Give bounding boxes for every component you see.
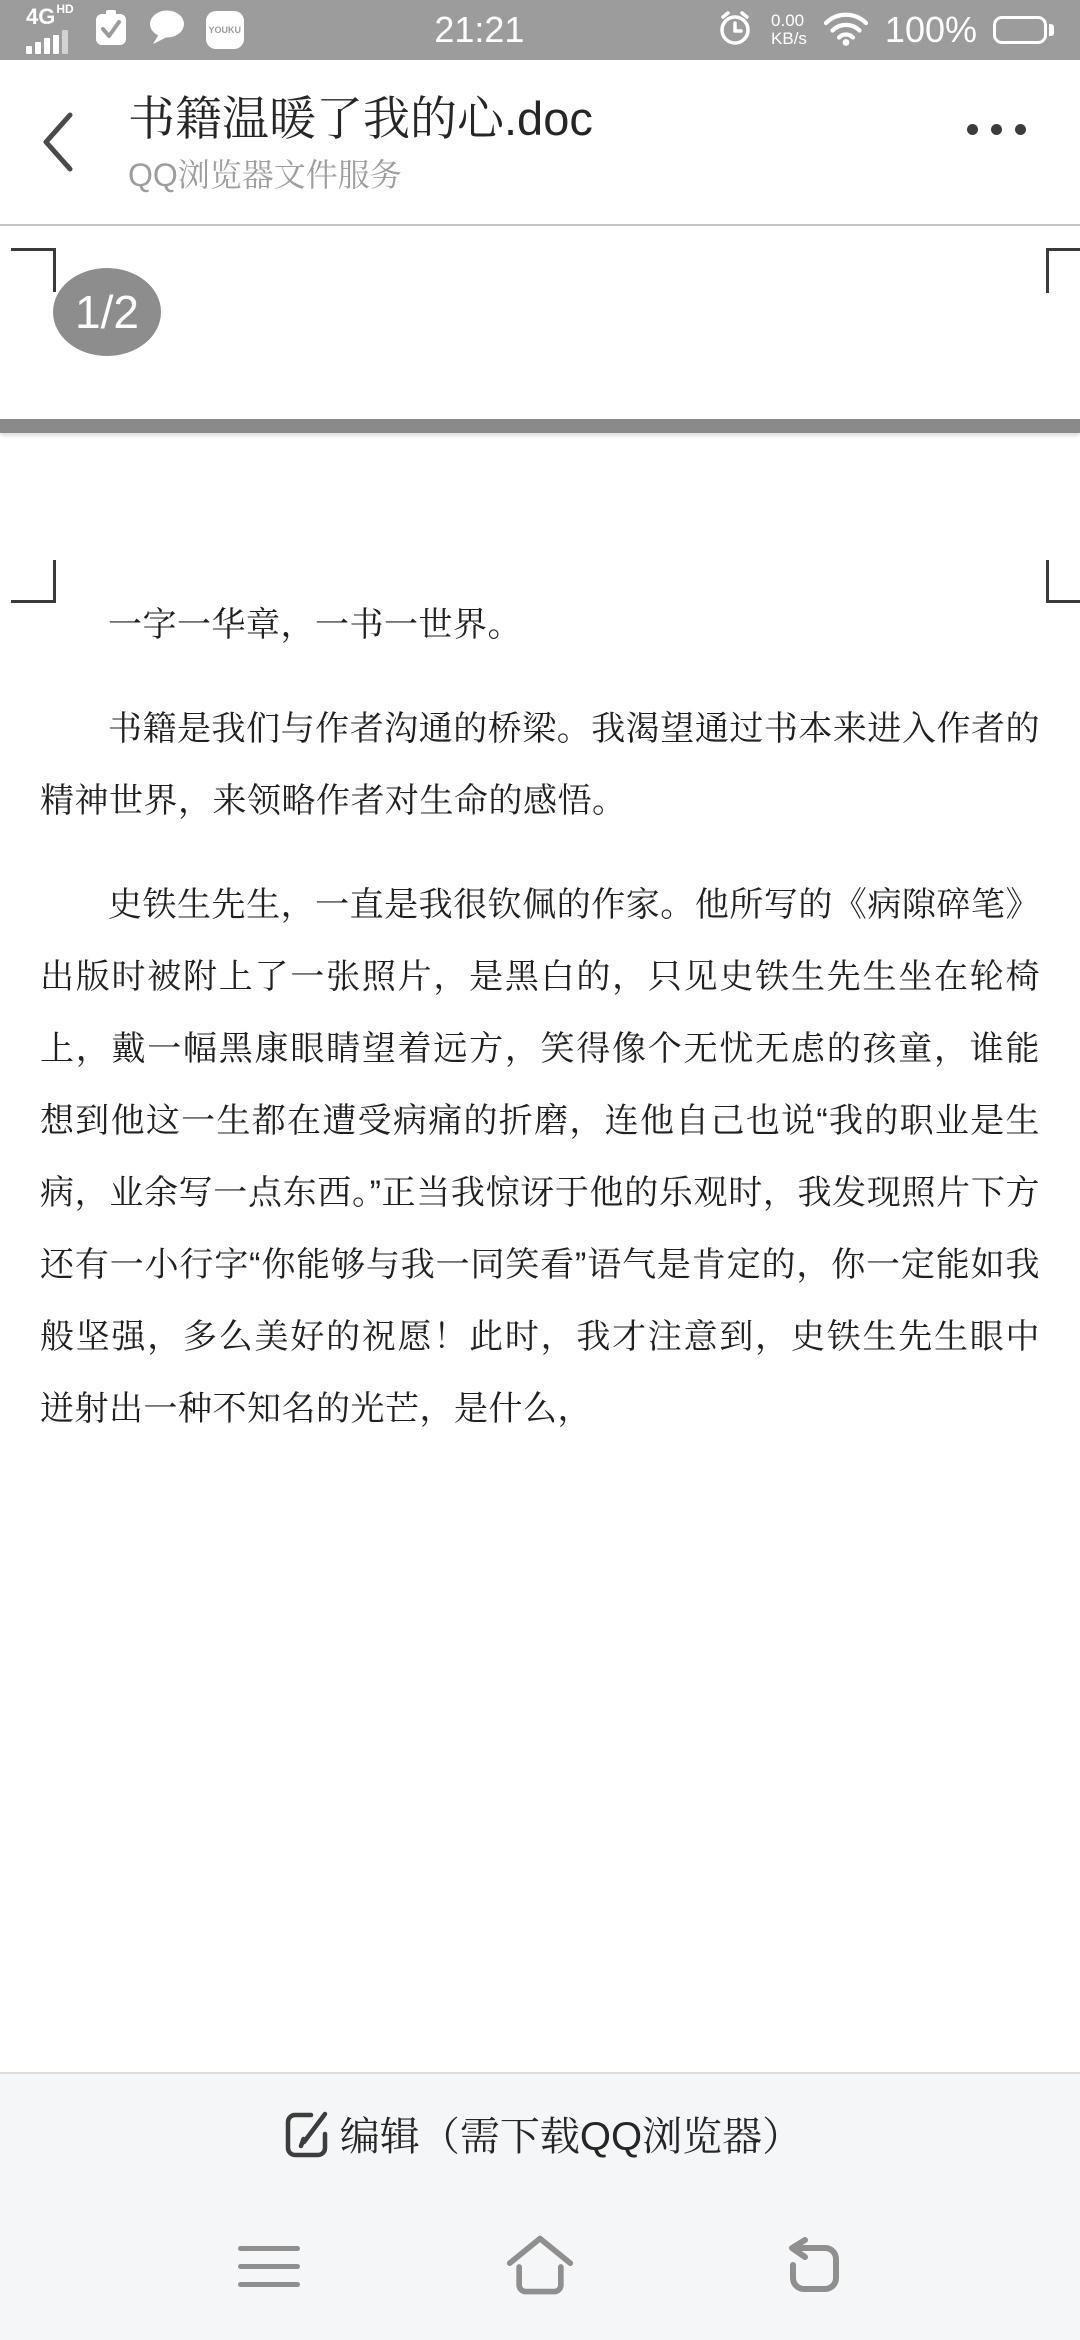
battery-icon xyxy=(993,16,1054,44)
document-paragraph: 书籍是我们与作者沟通的桥梁。我渴望通过书本来进入作者的精神世界，来领略作者对生命… xyxy=(40,693,1040,837)
bottom-section: 编辑（需下载QQ浏览器） xyxy=(0,2072,1080,2340)
edit-pencil-icon xyxy=(278,2104,332,2163)
edit-button[interactable]: 编辑（需下载QQ浏览器） xyxy=(0,2074,1080,2192)
more-options-button[interactable] xyxy=(961,104,1032,155)
page-corner-mark xyxy=(11,560,56,603)
cellular-signal-icon: 4G HD xyxy=(26,6,74,54)
menu-icon xyxy=(238,2246,300,2287)
header-titles: 书籍温暖了我的心.doc QQ浏览器文件服务 xyxy=(128,90,961,194)
document-paragraph: 一字一华章，一书一世界。 xyxy=(40,589,1040,661)
alarm-clock-icon xyxy=(715,8,755,53)
nav-home-button[interactable] xyxy=(504,2230,576,2302)
document-subtitle: QQ浏览器文件服务 xyxy=(128,156,961,194)
status-right-cluster: 0.00 KB/s 100% xyxy=(715,8,1054,53)
page-corner-mark xyxy=(1046,560,1080,603)
network-speed-unit: KB/s xyxy=(771,30,807,48)
page-indicator-badge: 1/2 xyxy=(53,268,161,356)
edit-button-label: 编辑（需下载QQ浏览器） xyxy=(340,2105,802,2162)
ellipsis-icon xyxy=(967,124,978,135)
status-time: 21:21 xyxy=(434,9,524,51)
status-bar: 4G HD YOUKU xyxy=(0,0,1080,60)
nav-menu-button[interactable] xyxy=(233,2230,305,2302)
phone-screen: 4G HD YOUKU xyxy=(0,0,1080,2340)
document-page[interactable]: 一字一华章，一书一世界。书籍是我们与作者沟通的桥梁。我渴望通过书本来进入作者的精… xyxy=(0,433,1080,2072)
message-bubble-icon xyxy=(148,10,186,51)
youku-app-icon: YOUKU xyxy=(206,11,244,49)
network-speed-value: 0.00 xyxy=(771,12,804,30)
hd-voice-badge: HD xyxy=(56,3,73,15)
back-chevron-icon xyxy=(40,111,74,173)
back-button[interactable] xyxy=(40,97,100,187)
home-icon xyxy=(504,2232,576,2300)
system-nav-bar xyxy=(0,2192,1080,2340)
status-left-cluster: 4G HD YOUKU xyxy=(26,6,244,54)
return-arrow-icon xyxy=(779,2237,843,2295)
document-paragraph: 史铁生先生，一直是我很钦佩的作家。他所写的《病隙碎笔》出版时被附上了一张照片，是… xyxy=(40,869,1040,1445)
wifi-icon xyxy=(823,10,869,51)
page-corner-mark xyxy=(11,248,56,292)
notes-check-icon xyxy=(94,9,128,52)
document-title: 书籍温暖了我的心.doc xyxy=(128,90,961,148)
page-separator-bar xyxy=(0,419,1080,433)
page-corner-mark xyxy=(1046,248,1080,293)
page-top-strip: 1/2 xyxy=(0,226,1080,419)
network-speed: 0.00 KB/s xyxy=(771,12,807,48)
signal-bars-icon xyxy=(26,30,68,54)
nav-back-button[interactable] xyxy=(775,2230,847,2302)
document-header: 书籍温暖了我的心.doc QQ浏览器文件服务 xyxy=(0,60,1080,226)
network-type-label: 4G xyxy=(26,6,55,28)
document-text: 一字一华章，一书一世界。书籍是我们与作者沟通的桥梁。我渴望通过书本来进入作者的精… xyxy=(0,433,1080,1445)
battery-percent: 100% xyxy=(885,9,977,51)
